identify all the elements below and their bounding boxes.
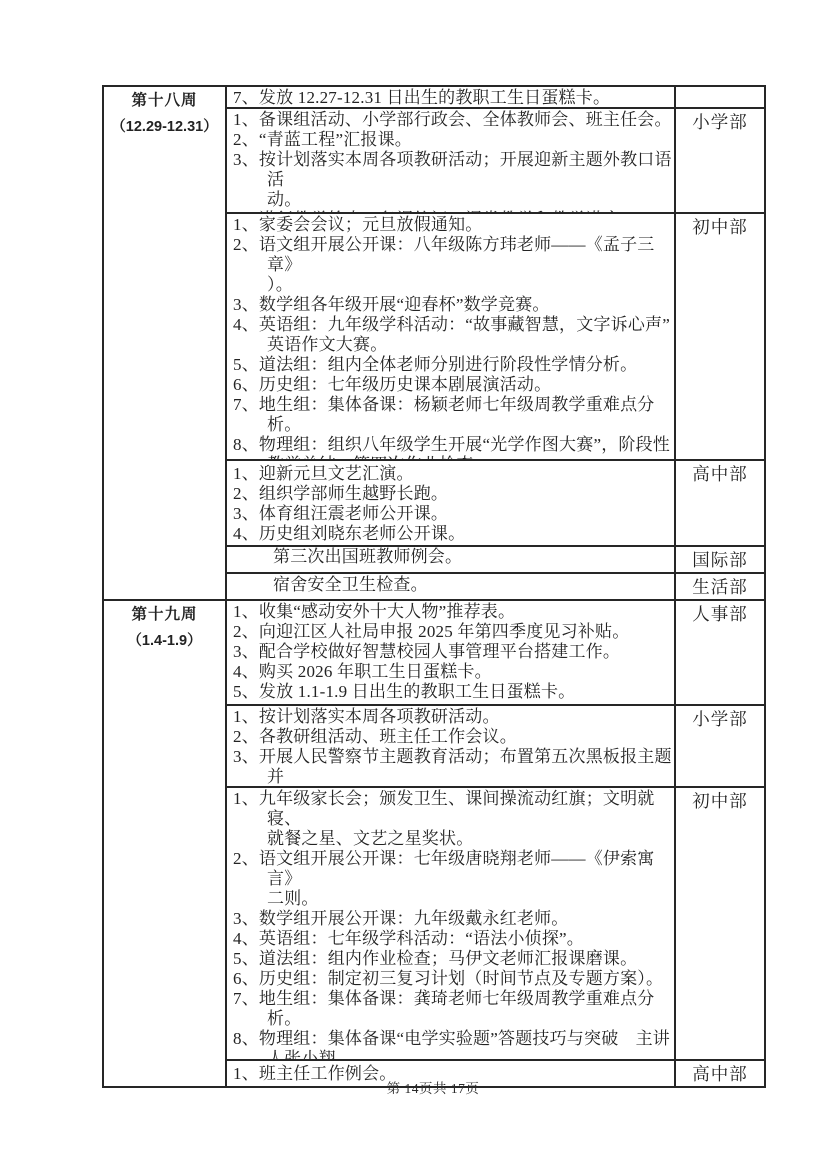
department-cell: 国际部 <box>675 546 765 573</box>
schedule-item: 2、“青蓝工程”汇报课。 <box>233 130 672 150</box>
schedule-item: 3、开展人民警察节主题教育活动；布置第五次黑板报主题并 评比。 <box>233 747 672 786</box>
table-row: 第十八周 （12.29-12.31） 7、发放 12.27-12.31 日出生的… <box>103 86 765 108</box>
department-cell: 高中部 <box>675 460 765 546</box>
department-cell: 生活部 <box>675 573 765 600</box>
department-cell: 人事部 <box>675 600 765 705</box>
schedule-item: 4、进行教学检查：备课笔记、课堂教学和教学进度。 <box>233 210 672 212</box>
week-dates: （1.4-1.9） <box>104 629 225 653</box>
schedule-item: 5、道法组：组内作业检查；马伊文老师汇报课磨课。 <box>233 949 672 969</box>
schedule-item: 第三次出国班教师例会。 <box>233 547 672 566</box>
schedule-item: 3、按计划落实本周各项教研活动；开展迎新主题外教口语活 动。 <box>233 150 672 210</box>
week-label: 第十八周 <box>104 87 225 115</box>
schedule-item: 7、地生组：集体备课：杨颖老师七年级周教学重难点分析。 <box>233 395 672 435</box>
schedule-item: 4、英语组：七年级学科活动：“语法小侦探”。 <box>233 929 672 949</box>
schedule-item: 2、向迎江区人社局申报 2025 年第四季度见习补贴。 <box>233 622 672 642</box>
department-cell: 小学部 <box>675 705 765 787</box>
schedule-table: 第十八周 （12.29-12.31） 7、发放 12.27-12.31 日出生的… <box>102 85 766 1088</box>
schedule-item: 3、配合学校做好智慧校园人事管理平台搭建工作。 <box>233 642 672 662</box>
content-cell: 1、迎新元旦文艺汇演。 2、组织学部师生越野长跑。 3、体育组汪震老师公开课。 … <box>226 460 675 546</box>
schedule-item: 3、体育组汪震老师公开课。 <box>233 504 672 524</box>
schedule-item: 1、备课组活动、小学部行政会、全体教师会、班主任会。 <box>233 110 672 130</box>
department-cell: 初中部 <box>675 213 765 460</box>
schedule-item: 5、道法组：组内全体老师分别进行阶段性学情分析。 <box>233 355 672 375</box>
schedule-sheet: 第十八周 （12.29-12.31） 7、发放 12.27-12.31 日出生的… <box>102 85 766 1088</box>
schedule-item: 7、发放 12.27-12.31 日出生的教职工生日蛋糕卡。 <box>233 88 672 108</box>
content-cell: 7、发放 12.27-12.31 日出生的教职工生日蛋糕卡。 <box>226 86 675 108</box>
schedule-item: 8、物理组：集体备课“电学实验题”答题技巧与突破 主讲 人张小翔。 <box>233 1029 672 1059</box>
content-cell: 1、家委会会议；元旦放假通知。 2、语文组开展公开课：八年级陈方玮老师——《孟子… <box>226 213 675 460</box>
schedule-item: 6、历史组：制定初三复习计划（时间节点及专题方案）。 <box>233 969 672 989</box>
content-cell: 第三次出国班教师例会。 <box>226 546 675 573</box>
schedule-item: 4、英语组：九年级学科活动：“故事藏智慧，文字诉心声” 英语作文大赛。 <box>233 315 672 355</box>
schedule-item: 8、物理组：组织八年级学生开展“光学作图大赛”，阶段性 教学总结；第四次作业检查… <box>233 435 672 459</box>
schedule-item: 2、组织学部师生越野长跑。 <box>233 484 672 504</box>
schedule-item: 3、数学组各年级开展“迎春杯”数学竞赛。 <box>233 295 672 315</box>
table-row: 第十九周 （1.4-1.9） 1、收集“感动安外十大人物”推荐表。 2、向迎江区… <box>103 600 765 705</box>
schedule-item: 2、各教研组活动、班主任工作会议。 <box>233 727 672 747</box>
schedule-item: 1、九年级家长会；颁发卫生、课间操流动红旗；文明就寝、 就餐之星、文艺之星奖状。 <box>233 789 672 849</box>
schedule-item: 2、语文组开展公开课：八年级陈方玮老师——《孟子三章》 ）。 <box>233 235 672 295</box>
content-cell: 1、按计划落实本周各项教研活动。 2、各教研组活动、班主任工作会议。 3、开展人… <box>226 705 675 787</box>
page-footer: 第 14页共 17页 <box>102 1077 764 1097</box>
schedule-item: 宿舍安全卫生检查。 <box>233 575 672 595</box>
content-cell: 宿舍安全卫生检查。 <box>226 573 675 600</box>
schedule-item: 2、语文组开展公开课：七年级唐晓翔老师——《伊索寓言》 二则。 <box>233 849 672 909</box>
schedule-item: 6、历史组：七年级历史课本剧展演活动。 <box>233 375 672 395</box>
schedule-item: 5、发放 1.1-1.9 日出生的教职工生日蛋糕卡。 <box>233 682 672 702</box>
week-dates: （12.29-12.31） <box>104 115 225 139</box>
week-cell-19: 第十九周 （1.4-1.9） <box>103 600 226 1087</box>
content-cell: 1、备课组活动、小学部行政会、全体教师会、班主任会。 2、“青蓝工程”汇报课。 … <box>226 108 675 213</box>
schedule-item: 4、历史组刘晓东老师公开课。 <box>233 524 672 544</box>
document-page: 第十八周 （12.29-12.31） 7、发放 12.27-12.31 日出生的… <box>0 0 827 1169</box>
schedule-item: 4、购买 2026 年职工生日蛋糕卡。 <box>233 662 672 682</box>
schedule-item: 1、收集“感动安外十大人物”推荐表。 <box>233 602 672 622</box>
department-cell-empty <box>675 86 765 108</box>
department-cell: 小学部 <box>675 108 765 213</box>
schedule-item: 1、迎新元旦文艺汇演。 <box>233 464 672 484</box>
department-cell: 初中部 <box>675 787 765 1060</box>
content-cell: 1、收集“感动安外十大人物”推荐表。 2、向迎江区人社局申报 2025 年第四季… <box>226 600 675 705</box>
schedule-item: 3、数学组开展公开课：九年级戴永红老师。 <box>233 909 672 929</box>
schedule-item: 7、地生组：集体备课：龚琦老师七年级周教学重难点分析。 <box>233 989 672 1029</box>
week-label: 第十九周 <box>104 601 225 629</box>
schedule-item: 1、按计划落实本周各项教研活动。 <box>233 707 672 727</box>
week-cell-18: 第十八周 （12.29-12.31） <box>103 86 226 600</box>
content-cell: 1、九年级家长会；颁发卫生、课间操流动红旗；文明就寝、 就餐之星、文艺之星奖状。… <box>226 787 675 1060</box>
schedule-item: 1、家委会会议；元旦放假通知。 <box>233 215 672 235</box>
